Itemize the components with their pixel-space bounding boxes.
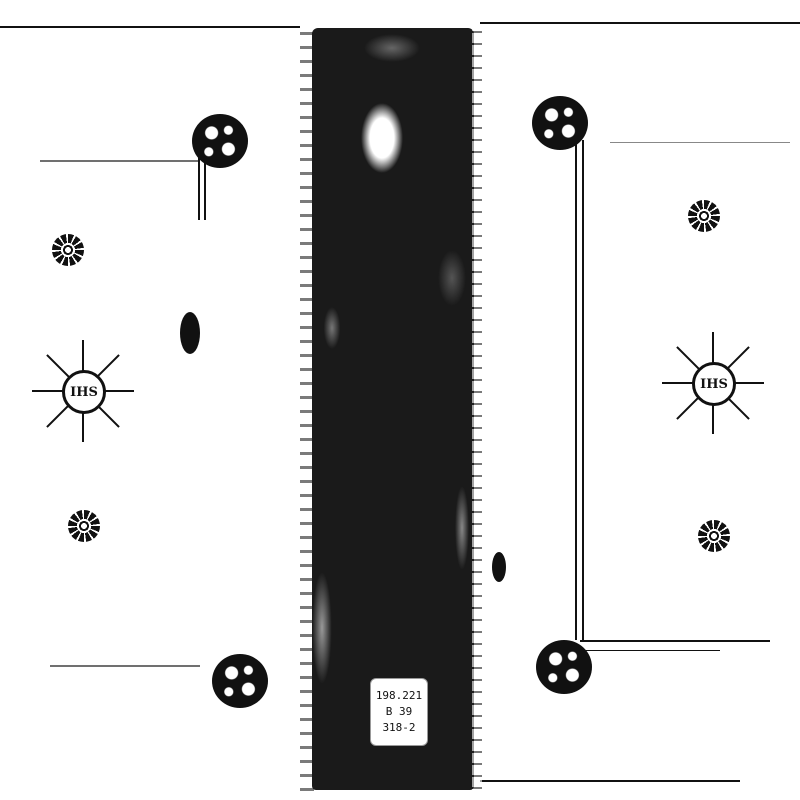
ihs-sunburst-icon: IHS — [28, 336, 138, 446]
ihs-monogram: IHS — [62, 370, 106, 414]
ink-blot — [180, 312, 200, 354]
corner-fleuron-icon — [532, 96, 588, 150]
ihs-sunburst-icon: IHS — [658, 328, 768, 438]
right-cover-rule-h — [580, 640, 770, 642]
corner-fleuron-icon — [212, 654, 268, 708]
right-cover-rule-h2 — [580, 650, 720, 651]
right-cover-rule-v — [575, 140, 577, 640]
top-fillet-right — [480, 22, 800, 24]
bottom-fillet-left — [50, 665, 200, 667]
rosette-icon — [688, 200, 720, 232]
corner-fleuron-icon — [192, 114, 248, 168]
spine-edge-right — [472, 26, 482, 792]
ihs-monogram: IHS — [692, 362, 736, 406]
call-number-line-1: 198.221 — [376, 688, 422, 704]
spine-wear-texture — [312, 28, 474, 790]
rosette-icon — [68, 510, 100, 542]
bottom-fillet-right — [480, 780, 740, 782]
book-spine — [312, 28, 474, 790]
right-cover-rule-v2 — [582, 140, 584, 640]
rosette-icon — [698, 520, 730, 552]
right-top-rule — [610, 142, 790, 143]
top-fillet-left — [0, 26, 300, 28]
call-number-line-3: 318-2 — [382, 720, 415, 736]
ink-blot — [492, 552, 506, 582]
rosette-icon — [52, 234, 84, 266]
call-number-line-2: B 39 — [386, 704, 413, 720]
call-number-label: 198.221 B 39 318-2 — [370, 678, 428, 746]
corner-fleuron-icon — [536, 640, 592, 694]
left-cover-rule-h — [40, 160, 200, 162]
